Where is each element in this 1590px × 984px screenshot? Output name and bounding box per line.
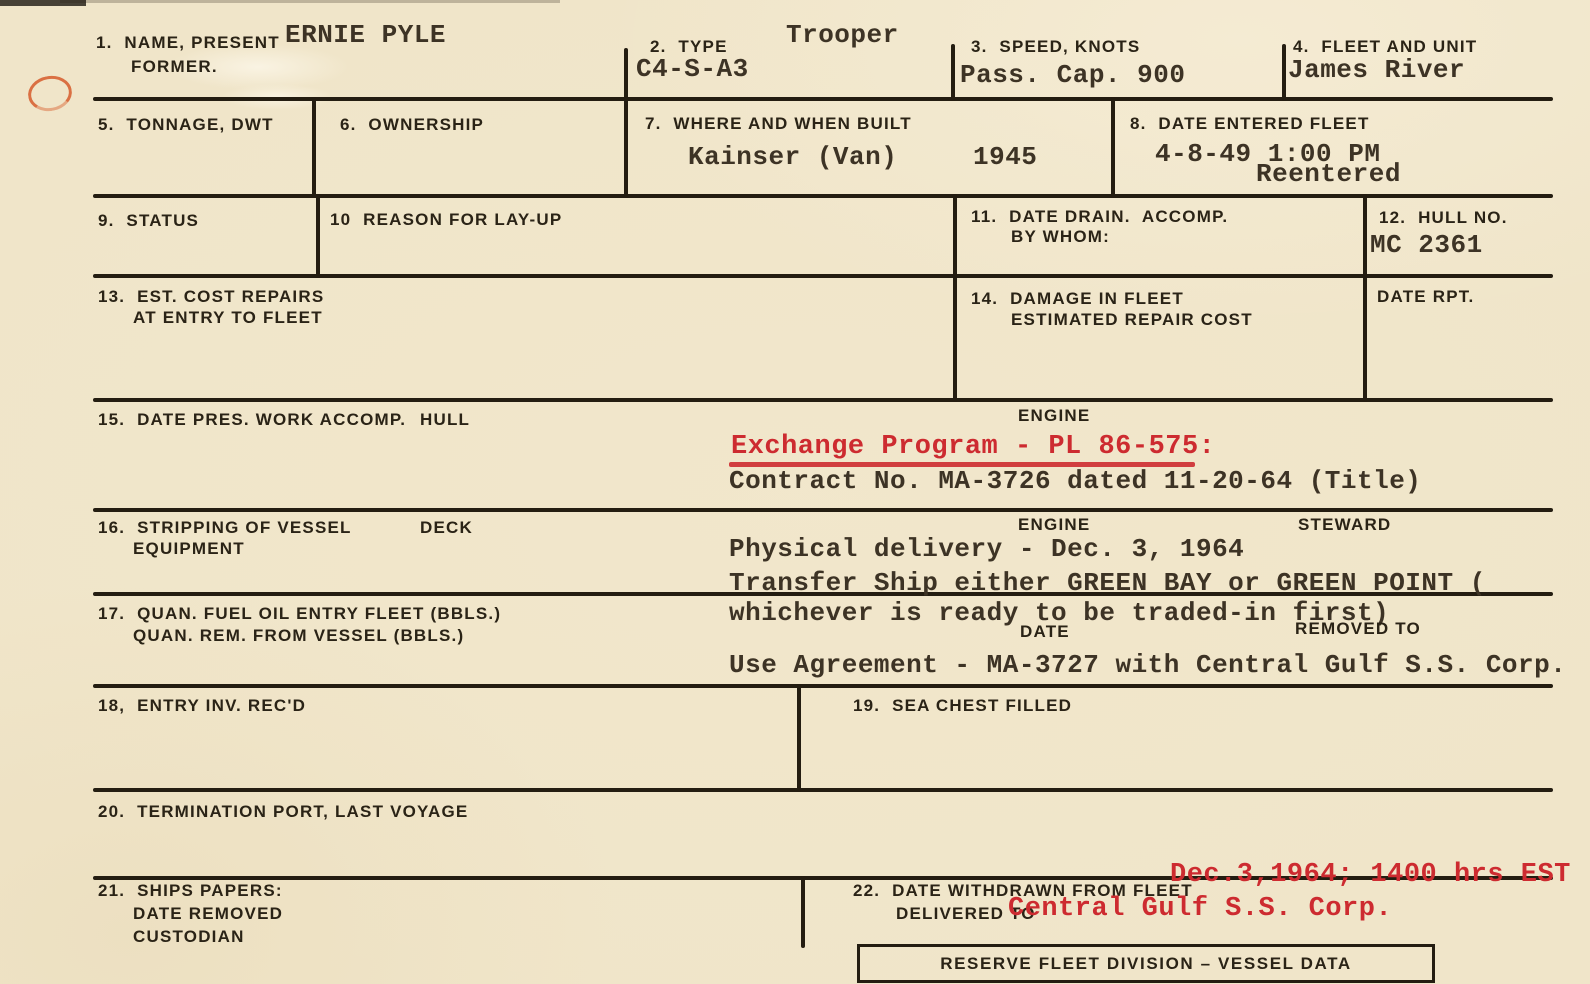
field17-date-label: DATE (1020, 622, 1070, 642)
field21-label: 21. SHIPS PAPERS: (98, 881, 283, 901)
field14-label: 14. DAMAGE IN FLEET (971, 289, 1184, 309)
rule-div-6-7 (624, 97, 628, 198)
field8-label: 8. DATE ENTERED FLEET (1130, 114, 1370, 134)
rule-div-11-12 (1363, 194, 1367, 278)
rule-row8-bottom (93, 788, 1553, 792)
footer-title-box: RESERVE FLEET DIVISION – VESSEL DATA (857, 944, 1435, 983)
field16-deck-label: DECK (420, 518, 473, 538)
field12-label: 12. HULL NO. (1379, 208, 1508, 228)
date-rpt-label: DATE RPT. (1377, 287, 1474, 307)
speed-value: Pass. Cap. 900 (960, 62, 1185, 88)
field15-label: 15. DATE PRES. WORK ACCOMP. (98, 410, 406, 430)
field10-label: 10 REASON FOR LAY-UP (330, 210, 562, 230)
rule-div-10-11 (953, 194, 957, 278)
field17-label2: QUAN. REM. FROM VESSEL (BBLS.) (133, 626, 464, 646)
field5-label: 5. TONNAGE, DWT (98, 115, 274, 135)
rule-row3-bottom (93, 274, 1553, 278)
field11-label: 11. DATE DRAIN. ACCOMP. (971, 207, 1228, 227)
transfer-ship-value: Transfer Ship either GREEN BAY or GREEN … (729, 570, 1486, 596)
vessel-type-value: C4-S-A3 (636, 56, 749, 82)
fleet-unit-value: James River (1288, 57, 1465, 83)
rule-row4-bottom (93, 398, 1553, 402)
field15-engine-label: ENGINE (1018, 406, 1090, 426)
reentered-note: Reentered (1256, 161, 1401, 187)
rule-div-1-2 (624, 48, 628, 101)
field13-label2: AT ENTRY TO FLEET (133, 308, 323, 328)
year-built-value: 1945 (973, 144, 1037, 170)
field14-label2: ESTIMATED REPAIR COST (1011, 310, 1253, 330)
field16-steward-label: STEWARD (1298, 515, 1391, 535)
field15-hull-label: HULL (420, 410, 470, 430)
field7-label: 7. WHERE AND WHEN BUILT (645, 114, 912, 134)
contract-number-value: Contract No. MA-3726 dated 11-20-64 (Tit… (729, 468, 1421, 494)
field16-engine-label: ENGINE (1018, 515, 1090, 535)
field21-label3: CUSTODIAN (133, 927, 245, 947)
vessel-tradename-value: Trooper (786, 22, 899, 48)
field21-label2: DATE REMOVED (133, 904, 283, 924)
hull-number-value: MC 2361 (1370, 232, 1483, 258)
field17-label: 17. QUAN. FUEL OIL ENTRY FLEET (BBLS.) (98, 604, 501, 624)
field11-by-whom-label: BY WHOM: (1011, 227, 1110, 247)
field16-label: 16. STRIPPING OF VESSEL (98, 518, 352, 538)
field4-label: 4. FLEET AND UNIT (1293, 37, 1477, 57)
field9-label: 9. STATUS (98, 211, 199, 231)
rule-div-14-daterpt (1363, 274, 1367, 402)
rule-field22-left (801, 876, 805, 948)
exchange-program-stamp: Exchange Program - PL 86-575: (731, 434, 1215, 461)
rule-row5-bottom (93, 508, 1553, 512)
field1-label-former: FORMER. (131, 57, 218, 77)
rule-div-13-14 (953, 274, 957, 402)
field13-label: 13. EST. COST REPAIRS (98, 287, 324, 307)
field20-label: 20. TERMINATION PORT, LAST VOYAGE (98, 802, 468, 822)
rule-row7-bottom (93, 684, 1553, 688)
scan-edge-artifact (60, 0, 560, 3)
rule-div-18-19 (797, 684, 801, 792)
footer-title: RESERVE FLEET DIVISION – VESSEL DATA (940, 954, 1352, 974)
field16-label2: EQUIPMENT (133, 539, 245, 559)
field18-label: 18, ENTRY INV. REC'D (98, 696, 306, 716)
field3-label: 3. SPEED, KNOTS (971, 37, 1140, 57)
delivered-to-stamp: Central Gulf S.S. Corp. (1008, 896, 1392, 923)
builder-value: Kainser (Van) (688, 144, 897, 170)
rule-div-3-4 (1282, 44, 1286, 101)
field19-label: 19. SEA CHEST FILLED (853, 696, 1072, 716)
date-withdrawn-stamp: Dec.3,1964; 1400 hrs EST (1170, 862, 1571, 889)
vessel-data-card: 1. NAME, PRESENT FORMER. ERNIE PYLE 2. T… (0, 0, 1590, 984)
physical-delivery-value: Physical delivery - Dec. 3, 1964 (729, 536, 1244, 562)
vessel-name-value: ERNIE PYLE (285, 22, 446, 48)
field1-label: 1. NAME, PRESENT (96, 33, 280, 53)
rule-div-5-6 (312, 97, 316, 198)
field6-label: 6. OWNERSHIP (340, 115, 484, 135)
use-agreement-value: Use Agreement - MA-3727 with Central Gul… (729, 652, 1566, 678)
field17-removed-to-label: REMOVED TO (1295, 619, 1421, 639)
rule-div-9-10 (316, 194, 320, 278)
orange-circle-annotation (25, 72, 74, 114)
rule-div-7-8 (1111, 97, 1115, 198)
rule-div-2-3 (951, 44, 955, 101)
